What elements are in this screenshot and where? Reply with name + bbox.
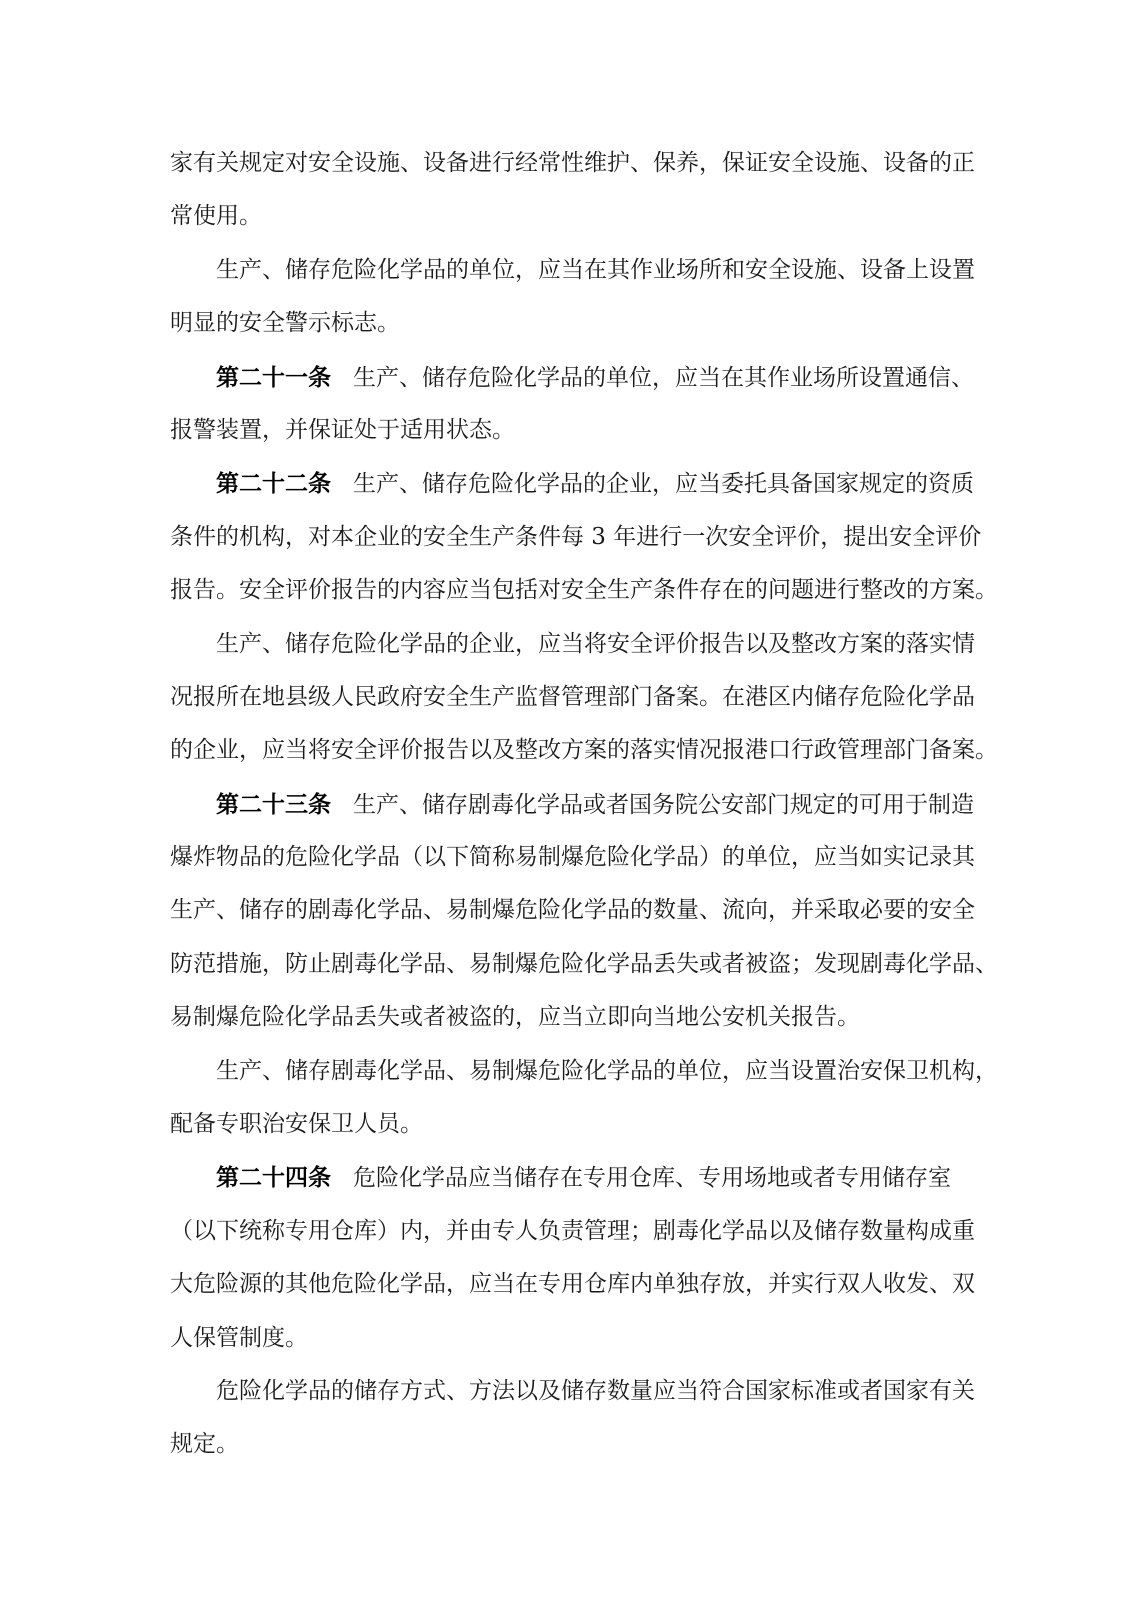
article-heading: 第二十二条	[216, 470, 331, 497]
article-heading: 第二十一条	[216, 364, 331, 391]
text-line: 配备专职治安保卫人员。	[170, 1098, 942, 1151]
article-heading: 第二十三条	[216, 791, 331, 818]
text-line: 家有关规定对安全设施、设备进行经常性维护、保养，保证安全设施、设备的正	[170, 137, 942, 190]
text-line: 生产、储存危险化学品的单位，应当在其作业场所和安全设施、设备上设置	[170, 244, 942, 297]
article-23-line: 第二十三条生产、储存剧毒化学品或者国务院公安部门规定的可用于制造	[170, 778, 942, 831]
text-line: 防范措施，防止剧毒化学品、易制爆危险化学品丢失或者被盗；发现剧毒化学品、	[170, 938, 942, 991]
article-22-line: 第二十二条生产、储存危险化学品的企业，应当委托具备国家规定的资质	[170, 457, 942, 510]
article-21-line: 第二十一条生产、储存危险化学品的单位，应当在其作业场所设置通信、	[170, 351, 942, 404]
text-line: 人保管制度。	[170, 1312, 942, 1365]
text-line: 危险化学品的储存方式、方法以及储存数量应当符合国家标准或者国家有关	[170, 1365, 942, 1418]
document-body: 家有关规定对安全设施、设备进行经常性维护、保养，保证安全设施、设备的正 常使用。…	[170, 137, 942, 1472]
text-line: 的企业，应当将安全评价报告以及整改方案的落实情况报港口行政管理部门备案。	[170, 724, 942, 777]
text-line: 规定。	[170, 1418, 942, 1471]
text-line: （以下统称专用仓库）内，并由专人负责管理；剧毒化学品以及储存数量构成重	[170, 1205, 942, 1258]
text-line: 生产、储存危险化学品的企业，应当将安全评价报告以及整改方案的落实情	[170, 618, 942, 671]
article-24-line: 第二十四条危险化学品应当储存在专用仓库、专用场地或者专用储存室	[170, 1151, 942, 1204]
article-text: 危险化学品应当储存在专用仓库、专用场地或者专用储存室	[353, 1165, 951, 1191]
text-line: 生产、储存剧毒化学品、易制爆危险化学品的单位，应当设置治安保卫机构，	[170, 1045, 942, 1098]
article-text: 生产、储存剧毒化学品或者国务院公安部门规定的可用于制造	[353, 792, 974, 818]
article-text: 生产、储存危险化学品的单位，应当在其作业场所设置通信、	[353, 365, 974, 391]
text-line: 爆炸物品的危险化学品（以下简称易制爆危险化学品）的单位，应当如实记录其	[170, 831, 942, 884]
text-line: 报警装置，并保证处于适用状态。	[170, 404, 942, 457]
text-line: 生产、储存的剧毒化学品、易制爆危险化学品的数量、流向，并采取必要的安全	[170, 884, 942, 937]
text-line: 报告。安全评价报告的内容应当包括对安全生产条件存在的问题进行整改的方案。	[170, 564, 942, 617]
text-line: 况报所在地县级人民政府安全生产监督管理部门备案。在港区内储存危险化学品	[170, 671, 942, 724]
text-line: 大危险源的其他危险化学品，应当在专用仓库内单独存放，并实行双人收发、双	[170, 1258, 942, 1311]
article-text: 生产、储存危险化学品的企业，应当委托具备国家规定的资质	[353, 471, 974, 497]
text-line: 明显的安全警示标志。	[170, 297, 942, 350]
text-line: 常使用。	[170, 190, 942, 243]
text-line: 易制爆危险化学品丢失或者被盗的，应当立即向当地公安机关报告。	[170, 991, 942, 1044]
article-heading: 第二十四条	[216, 1164, 331, 1191]
text-line: 条件的机构，对本企业的安全生产条件每 3 年进行一次安全评价，提出安全评价	[170, 511, 942, 564]
document-page: 家有关规定对安全设施、设备进行经常性维护、保养，保证安全设施、设备的正 常使用。…	[0, 0, 1132, 1600]
